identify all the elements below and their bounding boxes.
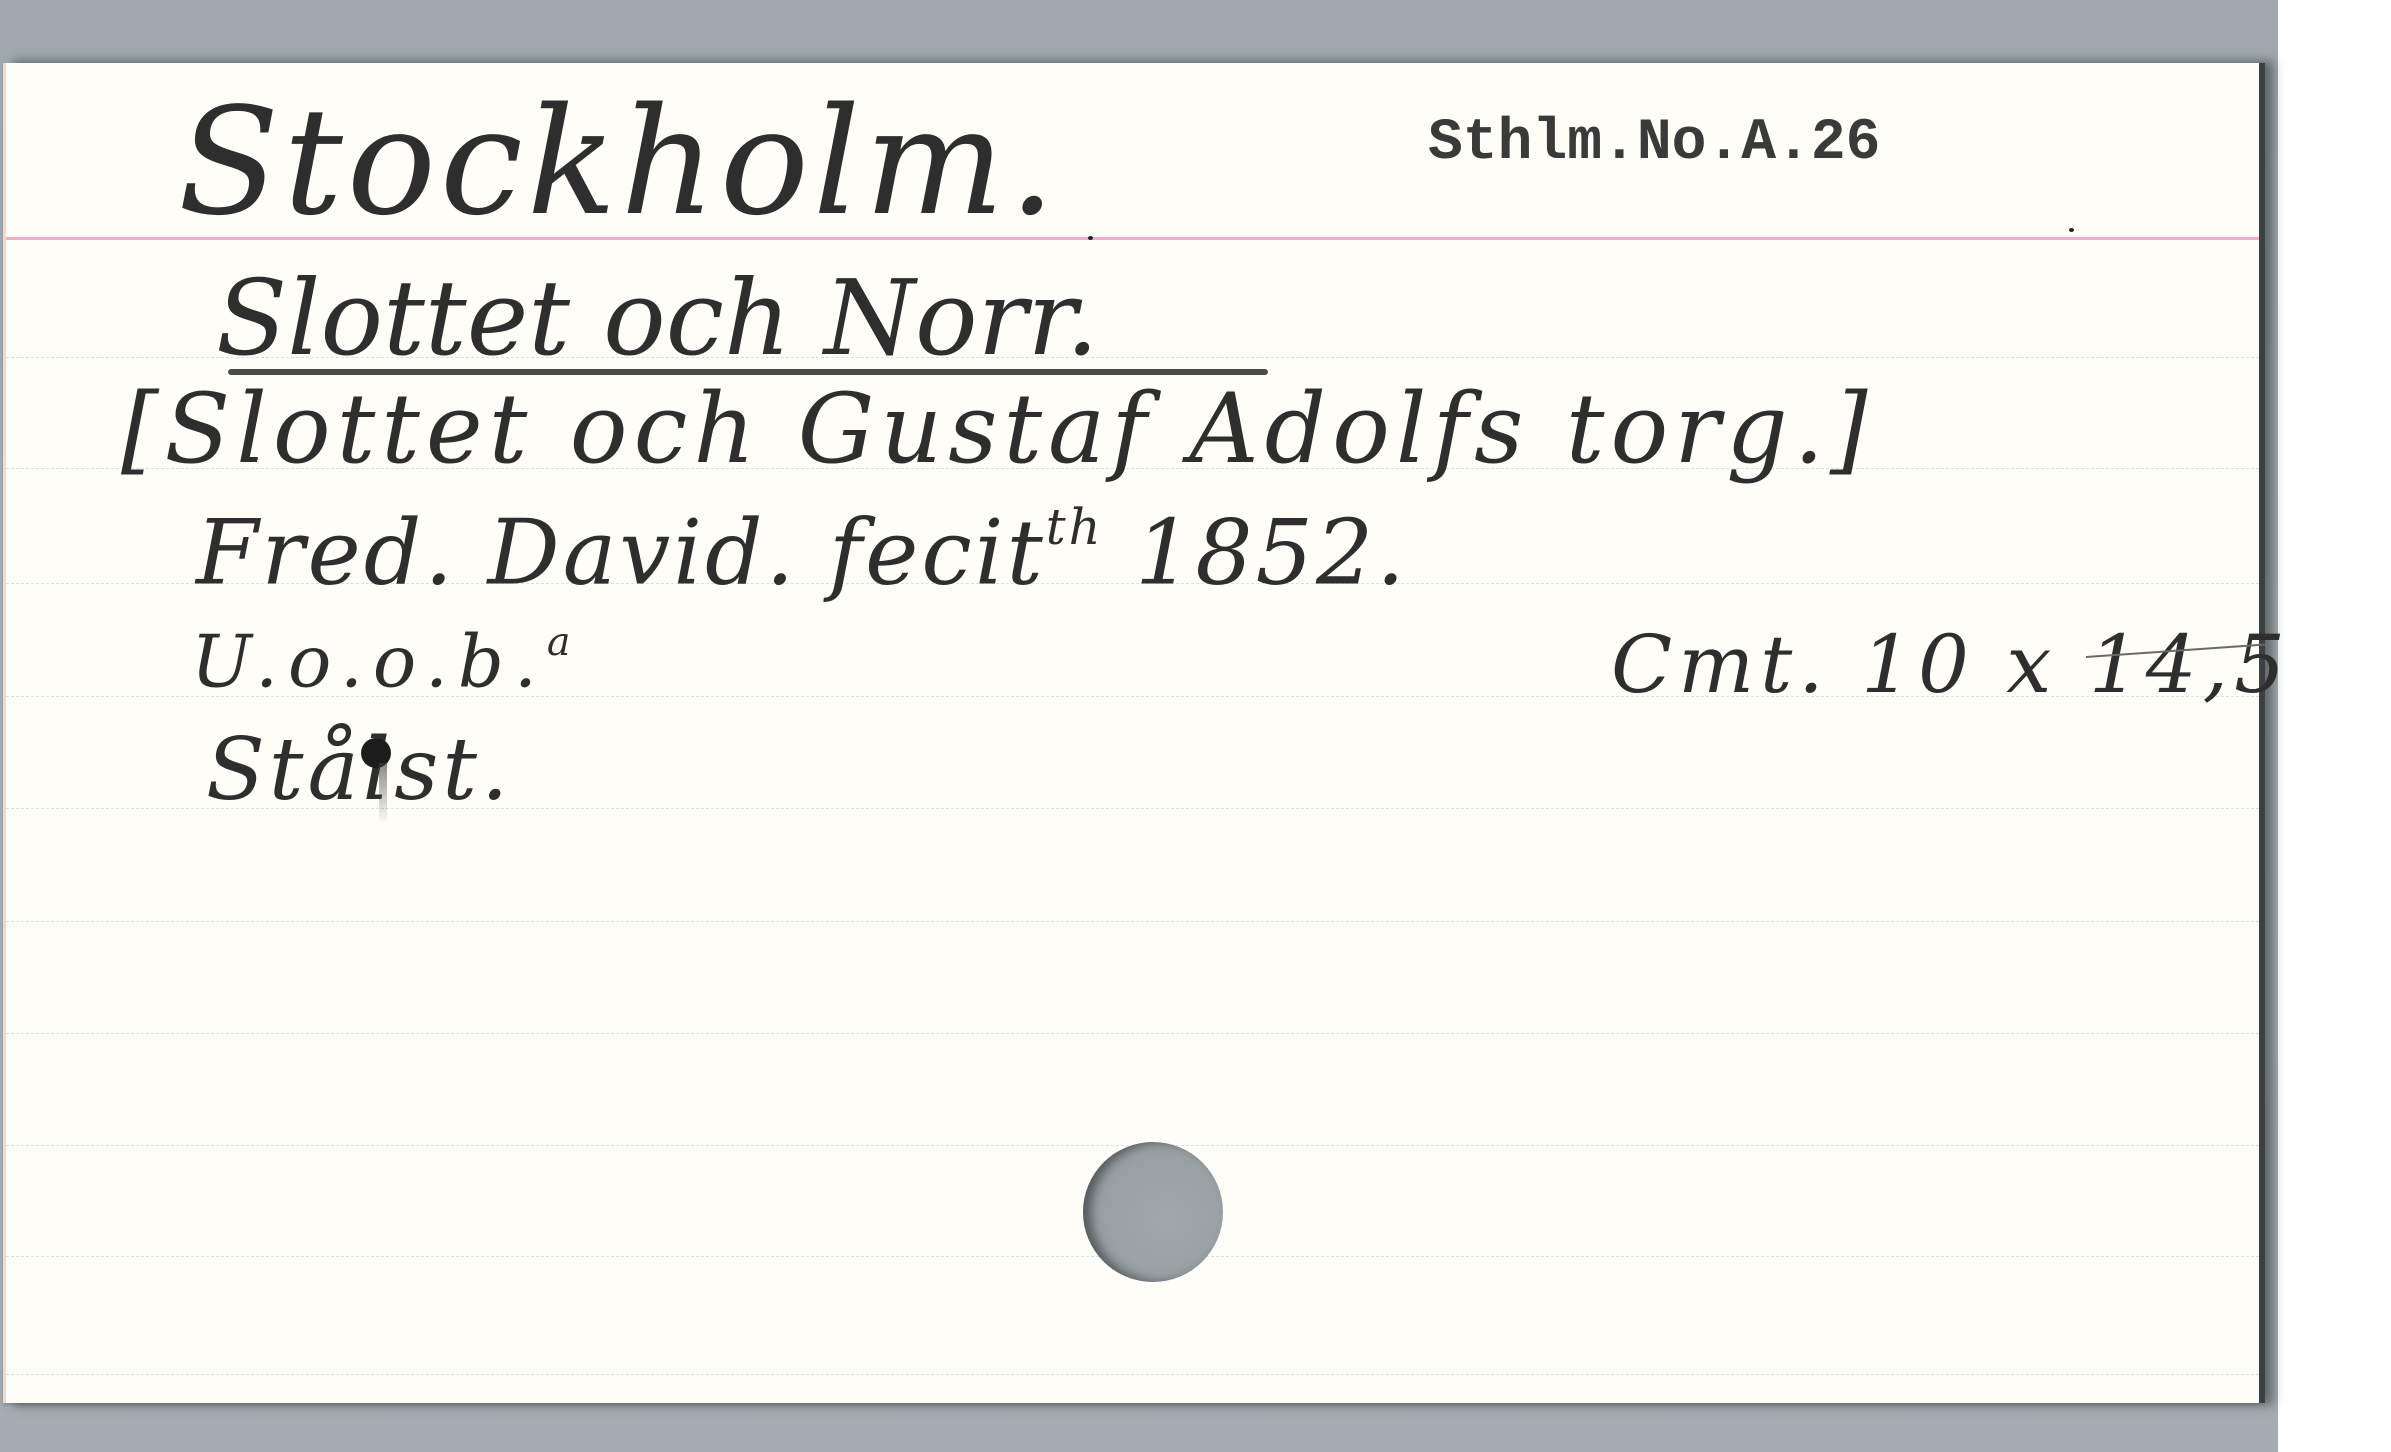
catalog-number: Sthlm.No.A.26 [1428,115,1880,173]
ink-speck [1088,236,1093,240]
place-heading: Stockholm. [178,88,1060,236]
artist-year: 1852. [1135,501,1408,606]
ink-smear [379,763,387,823]
catalog-card: Stockholm. Sthlm.No.A.26 Slottet och Nor… [3,63,2259,1403]
subject-title: Slottet och Norr. [216,266,1099,370]
ruled-line [6,1374,2259,1375]
ink-speck [2069,228,2074,232]
artist-superscript: th [1046,498,1104,556]
technique: Stålst. [206,727,512,813]
code-superscript: a [547,619,581,665]
code-line: U.o.o.b.a [191,623,580,698]
artist-text: Fred. David. fecit [196,501,1046,606]
artist-line: Fred. David. fecitth 1852. [196,503,1408,599]
punch-hole [1083,1142,1223,1282]
alternate-title: [Slottet och Gustaf Adolfs torg.] [121,381,1874,477]
ruled-line [6,1033,2259,1034]
dimensions: Cmt. 10 x 14,5 [1611,625,2291,705]
code-text: U.o.o.b. [191,620,547,704]
ruled-line [6,921,2259,922]
